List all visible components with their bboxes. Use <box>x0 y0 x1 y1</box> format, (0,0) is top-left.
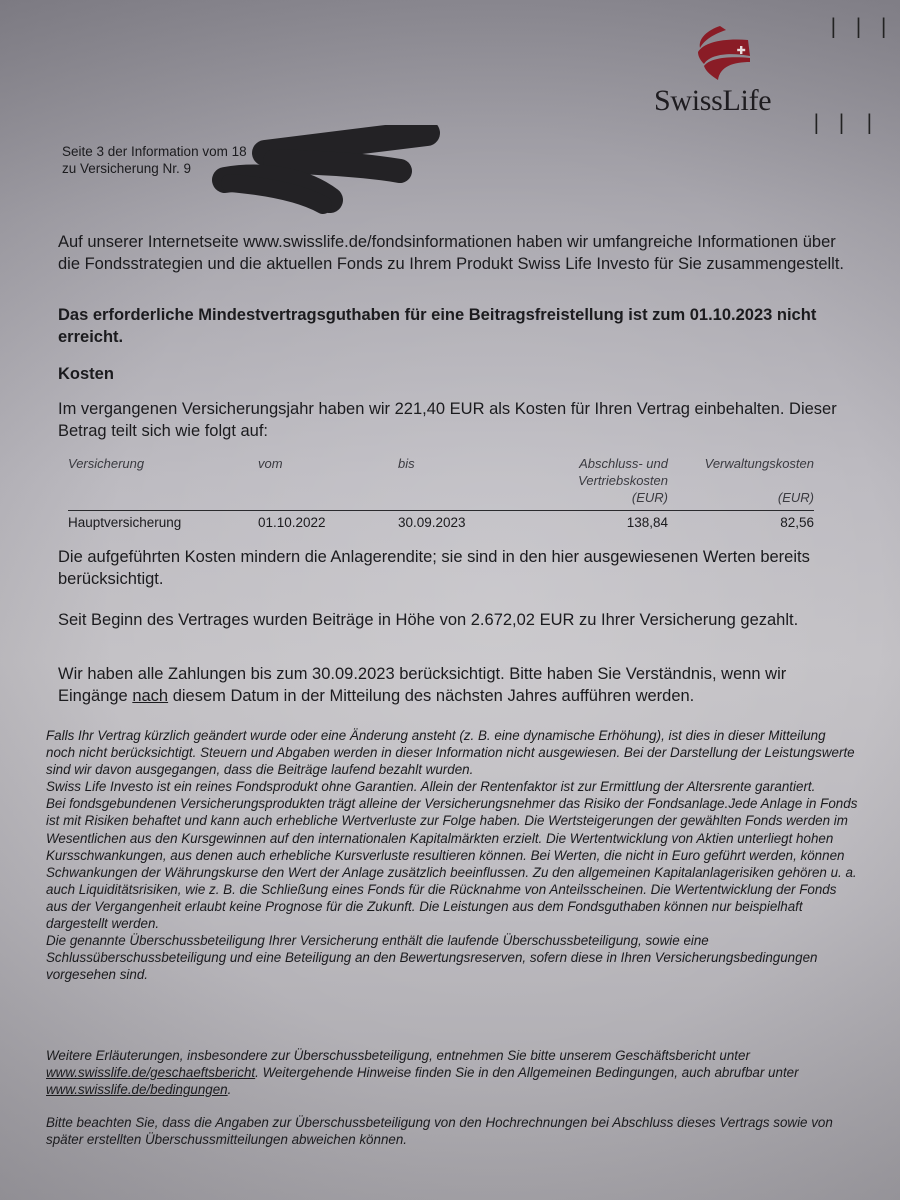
scan-marks: | | <box>813 110 851 134</box>
underlined-word: nach <box>132 687 168 705</box>
contribution-exemption-notice: Das erforderliche Mindestvertragsguthabe… <box>58 305 858 348</box>
cell-versicherung: Hauptversicherung <box>68 511 258 531</box>
cell-bis: 30.09.2023 <box>398 511 538 531</box>
link-bedingungen[interactable]: www.swisslife.de/bedingungen <box>46 1082 228 1097</box>
further-info: Weitere Erläuterungen, insbesondere zur … <box>46 1047 858 1098</box>
fine-print-changes: Falls Ihr Vertrag kürzlich geändert wurd… <box>46 727 858 778</box>
cell-abschlusskosten: 138,84 <box>538 511 668 531</box>
surplus-disclaimer: Bitte beachten Sie, dass die Angaben zur… <box>46 1114 858 1148</box>
costs-note: Die aufgeführten Kosten mindern die Anla… <box>58 547 858 590</box>
fine-print-surplus: Die genannte Überschussbeteiligung Ihrer… <box>46 932 858 983</box>
photo-shading <box>0 0 900 1200</box>
fine-print-risk: Bei fondsgebundenen Versicherungsprodukt… <box>46 795 858 932</box>
payments-considered: Wir haben alle Zahlungen bis zum 30.09.2… <box>58 664 858 707</box>
fine-print: Falls Ihr Vertrag kürzlich geändert wurd… <box>46 727 858 983</box>
intro-paragraph: Auf unserer Internetseite www.swisslife.… <box>58 232 858 275</box>
swisslife-logo: SwissLife <box>654 22 799 118</box>
brand-name: SwissLife <box>654 84 799 118</box>
col-abschlusskosten: Abschluss- und Vertriebskosten (EUR) <box>538 455 668 511</box>
swisslife-flag-icon <box>690 22 756 84</box>
costs-heading: Kosten <box>58 364 858 386</box>
fine-print-guarantee: Swiss Life Investo ist ein reines Fondsp… <box>46 778 858 795</box>
cell-verwaltungskosten: 82,56 <box>668 511 814 531</box>
costs-table: Versicherung vom bis Abschluss- und Vert… <box>68 455 814 530</box>
scan-marks: | <box>866 110 879 134</box>
table-row: Hauptversicherung 01.10.2022 30.09.2023 … <box>68 511 814 531</box>
redaction-scribble <box>205 125 445 215</box>
col-vom: vom <box>258 455 398 511</box>
col-bis: bis <box>398 455 538 511</box>
table-header-row: Versicherung vom bis Abschluss- und Vert… <box>68 455 814 511</box>
scan-marks: | | | <box>830 14 893 38</box>
costs-summary: Im vergangenen Versicherungsjahr haben w… <box>58 399 858 442</box>
col-versicherung: Versicherung <box>68 455 258 511</box>
col-verwaltungskosten: Verwaltungskosten (EUR) <box>668 455 814 511</box>
cell-vom: 01.10.2022 <box>258 511 398 531</box>
contributions-paid: Seit Beginn des Vertrages wurden Beiträg… <box>58 610 858 632</box>
link-geschaeftsbericht[interactable]: www.swisslife.de/geschaeftsbericht <box>46 1065 255 1080</box>
